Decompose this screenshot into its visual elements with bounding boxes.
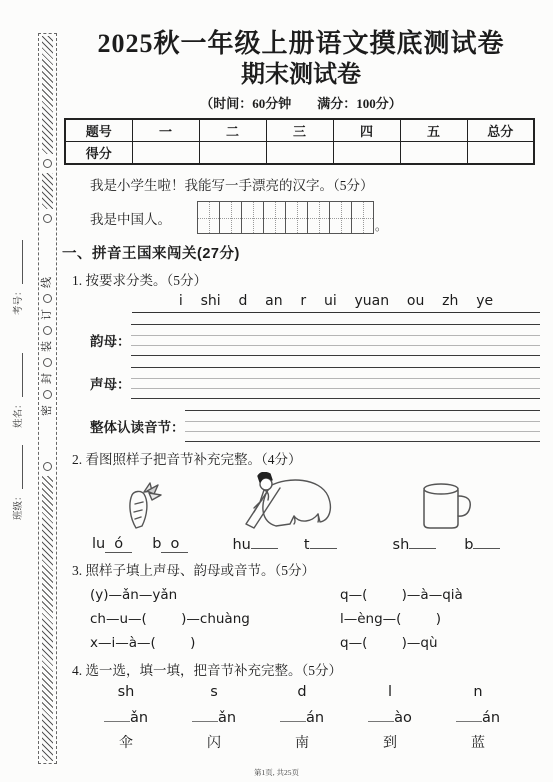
syllable-answer: sh (393, 537, 437, 553)
question3-title: 3. 照样子填上声母、韵母或音节。（5分） (72, 559, 540, 579)
spelling-item: ch—u—( )—chuàng (90, 611, 340, 627)
name-blank-line (12, 353, 23, 397)
seal-char-feng: 封 (41, 373, 54, 384)
writing-grid-cell (220, 202, 242, 233)
score-header-cell: 题号 (65, 119, 132, 142)
score-cell (199, 142, 266, 165)
writing-grid-cell (264, 202, 286, 233)
syllable-fill-blank: ó (105, 537, 132, 553)
hanzi-character: 伞 (82, 732, 170, 752)
final-text: án (482, 710, 500, 726)
syllable-prefix: hu (232, 537, 250, 553)
fill-blank (192, 708, 218, 722)
hanzi-character: 蓝 (434, 732, 522, 752)
copy-sentence-text: 我是中国人。 (90, 208, 171, 228)
paper-title: 2025秋一年级上册语文摸底测试卷 (62, 28, 540, 61)
writing-grid-cell (330, 202, 352, 233)
fill-blank (368, 708, 394, 722)
writing-grid-cell (242, 202, 264, 233)
seal-char-ding: 订 (41, 309, 54, 320)
final-text: ǎn (218, 710, 236, 726)
writing-grid (197, 201, 374, 234)
score-table-value-row: 得分 (65, 142, 534, 165)
hanzi-character: 南 (258, 732, 346, 752)
initial-option: l (346, 684, 434, 700)
question1-title: 1. 按要求分类。（5分） (72, 269, 540, 289)
syllable-blank-item: án (258, 708, 346, 726)
seal-char-mi: 密 (41, 405, 54, 416)
fourline-writing-area (131, 367, 541, 399)
name-field: 姓名： (10, 328, 24, 428)
class-label: 班级： (10, 491, 24, 520)
syllable-prefix: sh (393, 537, 410, 553)
score-header-cell: 五 (400, 119, 467, 142)
syllable-fill-blank (310, 548, 337, 549)
score-cell (467, 142, 534, 165)
spelling-item: (y)—ǎn—yǎn (90, 587, 340, 603)
writing-grid-cell (286, 202, 308, 233)
fill-blank (456, 708, 482, 722)
question2-answers-row: luó bo hu t sh b (92, 536, 540, 553)
mug-icon (418, 480, 474, 532)
fourline-writing-area (131, 324, 541, 356)
initial-option: sh (82, 684, 170, 700)
spelling-item: l—èng—( ) (340, 611, 441, 627)
syllable-blank-item: án (434, 708, 522, 726)
circle-mark (43, 390, 52, 399)
final-text: án (306, 710, 324, 726)
slide-icon (236, 472, 340, 532)
syllable-prefix: b (464, 537, 473, 553)
score-row-label: 得分 (65, 142, 132, 165)
spelling-item: q—( )—qù (340, 635, 438, 651)
circle-mark (43, 462, 52, 471)
paper-content: 2025秋一年级上册语文摸底测试卷 期末测试卷 （时间：60分钟 满分：100分… (62, 28, 540, 752)
pinyin-item-list: i shi d an r ui yuan ou zh ye (132, 293, 540, 313)
syllable-answer: t (304, 537, 337, 553)
syllable-answer: hu (232, 537, 277, 553)
hatch-marks (42, 173, 53, 209)
intro-line: 我是小学生啦！我能写一手漂亮的汉字。（5分） (90, 174, 540, 194)
question3-row: ch—u—( )—chuàng l—èng—( ) (90, 611, 540, 627)
syllable-answer: bo (152, 536, 188, 553)
fill-blank (104, 708, 130, 722)
syllable-answer: b (464, 537, 500, 553)
question4-title: 4. 选一选，填一填，把音节补充完整。（5分） (72, 659, 540, 679)
whole-syllable-answer-row: 整体认读音节： (90, 410, 540, 442)
sentence-period: 。 (375, 217, 387, 234)
initials-label: 声母： (90, 373, 131, 393)
initial-option: d (258, 684, 346, 700)
initial-option: n (434, 684, 522, 700)
score-cell (266, 142, 333, 165)
score-header-cell: 四 (333, 119, 400, 142)
syllable-fill-blank (473, 548, 500, 549)
hanzi-character: 到 (346, 732, 434, 752)
score-header-cell: 三 (266, 119, 333, 142)
carrot-icon (120, 478, 164, 532)
question2-pictures-row (62, 474, 540, 532)
question2-title: 2. 看图照样子把音节补充完整。（4分） (72, 448, 540, 468)
question3-row: (y)—ǎn—yǎn q—( )—à—qià (90, 587, 540, 603)
hatch-marks (42, 36, 53, 154)
spelling-item: q—( )—à—qià (340, 587, 463, 603)
circle-mark (43, 214, 52, 223)
question4-options-row: sh s d l n (82, 684, 522, 700)
syllable-prefix: t (304, 537, 310, 553)
circle-mark (43, 358, 52, 367)
binding-seal-strip: 线 订 装 封 密 (38, 33, 57, 764)
writing-grid-cell (198, 202, 220, 233)
finals-answer-row: 韵母： (90, 324, 540, 356)
exam-number-field: 考号： (10, 215, 24, 315)
hanzi-character: 闪 (170, 732, 258, 752)
circle-mark (43, 159, 52, 168)
syllable-prefix: lu (92, 536, 105, 552)
syllable-fill-blank: o (161, 537, 188, 553)
circle-mark (43, 294, 52, 303)
copy-sentence-row: 我是中国人。 。 (90, 201, 540, 234)
syllable-blank-item: ǎn (170, 708, 258, 726)
fourline-writing-area (185, 410, 541, 442)
score-header-cell: 一 (132, 119, 199, 142)
initials-answer-row: 声母： (90, 367, 540, 399)
question3-row: x—i—à—( ) q—( )—qù (90, 635, 540, 651)
whole-syllable-label: 整体认读音节： (90, 416, 185, 436)
question4-characters-row: 伞 闪 南 到 蓝 (82, 732, 522, 752)
exam-paper-page: 考号： 姓名： 班级： 线 订 装 封 密 2025秋一年级上册语文摸底测试卷 … (0, 0, 553, 782)
spelling-item: x—i—à—( ) (90, 635, 340, 651)
circle-mark (43, 326, 52, 335)
initial-option: s (170, 684, 258, 700)
seal-char-xian: 线 (41, 277, 54, 288)
syllable-blank-item: ào (346, 708, 434, 726)
syllable-answer: luó (92, 536, 132, 553)
score-header-cell: 总分 (467, 119, 534, 142)
score-header-cell: 二 (199, 119, 266, 142)
time-score-info: （时间：60分钟 满分：100分） (62, 93, 540, 112)
score-cell (333, 142, 400, 165)
page-number-footer: 第1页, 共25页 (0, 767, 553, 778)
final-text: ào (394, 710, 412, 726)
score-cell (400, 142, 467, 165)
syllable-blank-item: ǎn (82, 708, 170, 726)
class-field: 班级： (10, 420, 24, 520)
score-table-header-row: 题号 一 二 三 四 五 总分 (65, 119, 534, 142)
score-cell (132, 142, 199, 165)
seal-char-zhuang: 装 (41, 341, 54, 352)
final-text: ǎn (130, 710, 148, 726)
syllable-fill-blank (409, 548, 436, 549)
score-table: 题号 一 二 三 四 五 总分 得分 (64, 118, 535, 165)
syllable-fill-blank (251, 548, 278, 549)
question4-blanks-row: ǎn ǎn án ào án (82, 708, 522, 726)
paper-subtitle: 期末测试卷 (62, 61, 540, 90)
section1-heading: 一、拼音王国来闯关(27分) (62, 242, 540, 263)
writing-grid-cell (308, 202, 330, 233)
finals-label: 韵母： (90, 330, 131, 350)
syllable-prefix: b (152, 536, 161, 552)
writing-grid-cell (352, 202, 373, 233)
exam-number-blank-line (12, 240, 23, 284)
hatch-marks (42, 476, 53, 761)
class-blank-line (12, 445, 23, 489)
exam-number-label: 考号： (10, 286, 24, 315)
fill-blank (280, 708, 306, 722)
